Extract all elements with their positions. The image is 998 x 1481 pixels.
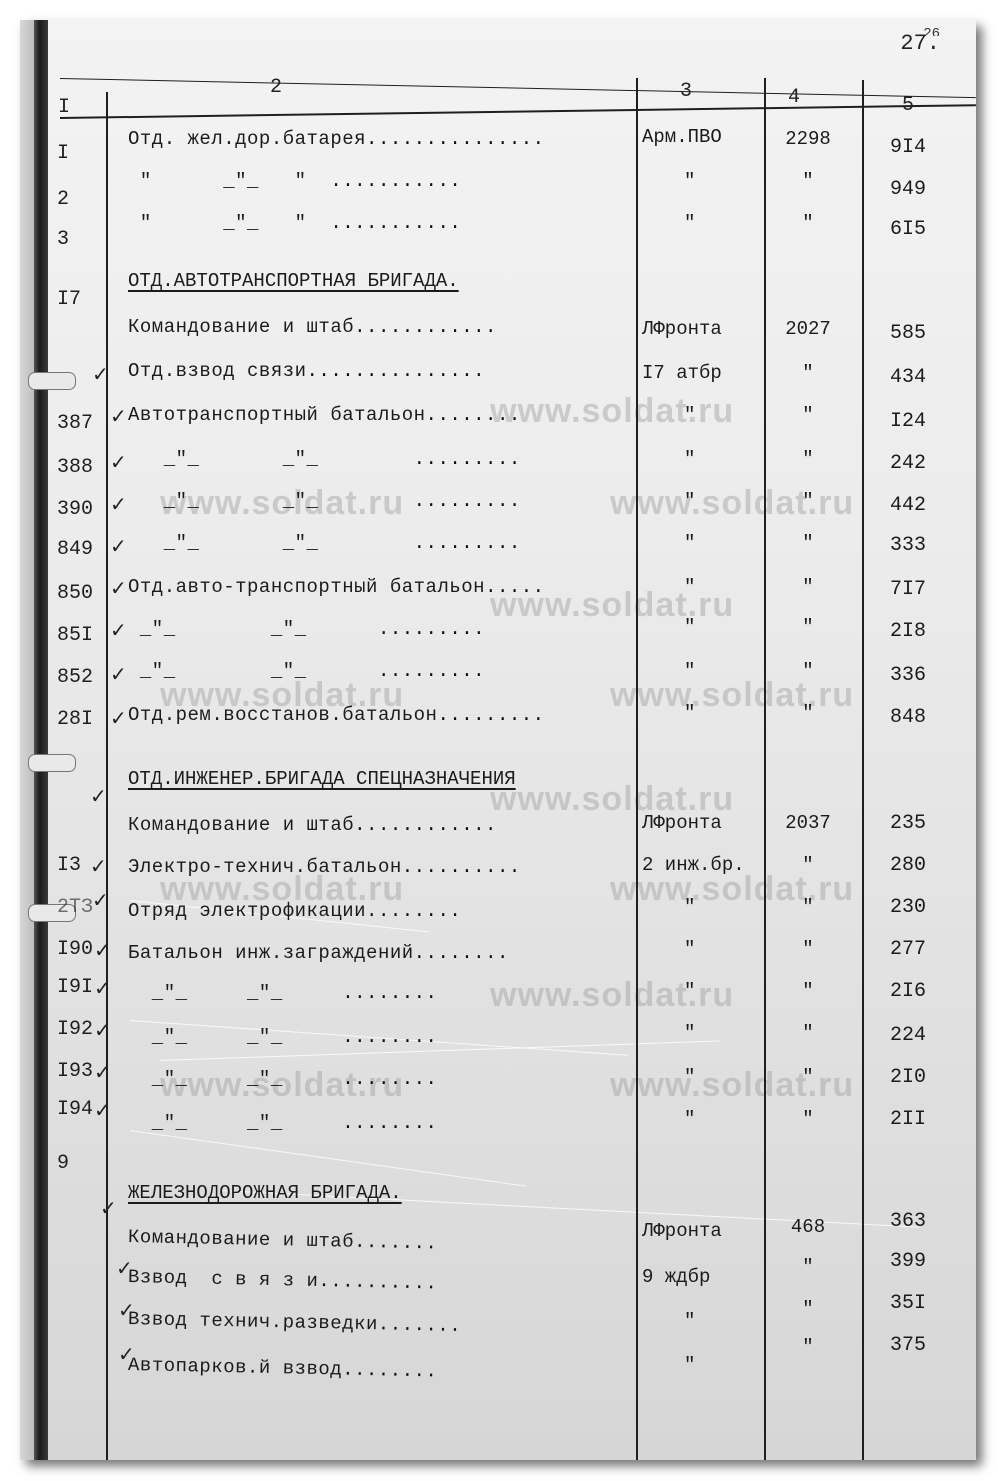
binding-string bbox=[28, 754, 76, 772]
file-number: 375 bbox=[878, 1334, 938, 1357]
column-header: 2 bbox=[270, 76, 282, 99]
check-mark-icon: ✓ bbox=[94, 1060, 111, 1084]
unit-affiliation: " bbox=[642, 170, 762, 192]
file-number: 2I0 bbox=[878, 1066, 938, 1089]
column-header: 3 bbox=[680, 80, 692, 103]
leader-dots: ......... bbox=[378, 660, 485, 682]
check-mark-icon: ✓ bbox=[110, 618, 127, 642]
file-number: 280 bbox=[878, 854, 938, 877]
page-edge bbox=[20, 20, 34, 1460]
row-description: " _"_ " ........... bbox=[128, 170, 623, 192]
document-page: www.soldat.ru www.soldat.ru www.soldat.r… bbox=[20, 20, 976, 1460]
leader-dots: ........ bbox=[414, 942, 509, 964]
row-description: Батальон инж.заграждений........ bbox=[128, 942, 623, 964]
reference-number: " bbox=[768, 616, 848, 638]
file-number: 242 bbox=[878, 452, 938, 475]
row-description: _"_ _"_ ......... bbox=[128, 490, 623, 512]
check-mark-icon: ✓ bbox=[90, 784, 107, 808]
row-description: Автопарков.й взвод........ bbox=[128, 1354, 623, 1386]
section-heading: ЖЕЛЕЗНОДОРОЖНАЯ БРИГАДА. bbox=[128, 1182, 402, 1204]
description-text: _"_ _"_ bbox=[128, 1026, 342, 1048]
row-number: 850 bbox=[57, 582, 117, 605]
description-text: Командование и штаб bbox=[128, 316, 354, 338]
description-text: Отд.рем.восстанов.батальон bbox=[128, 704, 437, 726]
reference-number: " bbox=[768, 1066, 848, 1088]
reference-number: " bbox=[768, 1256, 848, 1278]
unit-affiliation: " bbox=[642, 896, 762, 918]
leader-dots: ........ bbox=[342, 982, 437, 1004]
check-mark-icon: ✓ bbox=[90, 854, 107, 878]
description-text: " _"_ " bbox=[128, 212, 307, 234]
section-heading: ОТД.ИНЖЕНЕР.БРИГАДА СПЕЦНАЗНАЧЕНИЯ bbox=[128, 768, 516, 790]
unit-affiliation: 9 ждбр bbox=[642, 1266, 762, 1288]
reference-number: 2027 bbox=[768, 318, 848, 340]
leader-dots: ........ bbox=[342, 1068, 437, 1090]
description-text: _"_ _"_ bbox=[128, 532, 390, 554]
reference-number: " bbox=[768, 1108, 848, 1130]
description-text: Электро-технич.батальон bbox=[128, 856, 402, 878]
leader-dots: ............... bbox=[366, 128, 545, 150]
row-description: Командование и штаб............ bbox=[128, 316, 623, 338]
reference-number: " bbox=[768, 576, 848, 598]
file-number: 848 bbox=[878, 706, 938, 729]
row-description: Взвод технич.разведки....... bbox=[128, 1308, 623, 1340]
reference-number: " bbox=[768, 212, 848, 234]
leader-dots: ........... bbox=[307, 170, 462, 192]
description-text: Командование и штаб bbox=[128, 1226, 355, 1253]
file-number: 336 bbox=[878, 664, 938, 687]
file-number: 2I8 bbox=[878, 620, 938, 643]
unit-affiliation: " bbox=[642, 576, 762, 598]
unit-affiliation: " bbox=[642, 448, 762, 470]
description-text: Отд.взвод связи bbox=[128, 360, 307, 382]
leader-dots: .......... bbox=[318, 1270, 437, 1294]
reference-number: 2298 bbox=[768, 128, 848, 150]
description-text: _"_ _"_ bbox=[128, 490, 390, 512]
reference-number: " bbox=[768, 1298, 848, 1320]
row-description: Отряд электрофикации........ bbox=[128, 900, 623, 922]
row-description: Отд.рем.восстанов.батальон......... bbox=[128, 704, 623, 726]
check-mark-icon: ✓ bbox=[94, 1018, 111, 1042]
row-number: 387 bbox=[57, 412, 117, 435]
reference-number: " bbox=[768, 854, 848, 876]
leader-dots: ......... bbox=[378, 618, 485, 640]
description-text: Отд. жел.дор.батарея bbox=[128, 128, 366, 150]
reference-number: " bbox=[768, 404, 848, 426]
unit-affiliation: 2 инж.бр. bbox=[642, 854, 762, 876]
reference-number: " bbox=[768, 896, 848, 918]
check-mark-icon: ✓ bbox=[94, 938, 111, 962]
unit-affiliation: " bbox=[642, 404, 762, 426]
file-number: 230 bbox=[878, 896, 938, 919]
row-description: _"_ _"_ ......... bbox=[128, 448, 623, 470]
leader-dots: ......... bbox=[390, 490, 521, 512]
file-number: 7I7 bbox=[878, 578, 938, 601]
description-text: Автотранспортный батальон bbox=[128, 404, 426, 426]
description-text: Взвод технич.разведки bbox=[128, 1308, 378, 1335]
reference-number: " bbox=[768, 660, 848, 682]
row-description: _"_ _"_ ......... bbox=[128, 532, 623, 554]
check-mark-icon: ✓ bbox=[94, 976, 111, 1000]
unit-affiliation: ЛФронта bbox=[642, 318, 762, 340]
row-number: 852 bbox=[57, 666, 117, 689]
row-description: Электро-технич.батальон.......... bbox=[128, 856, 623, 878]
check-mark-icon: ✓ bbox=[110, 706, 127, 730]
file-number: 2II bbox=[878, 1108, 938, 1131]
check-mark-icon: ✓ bbox=[94, 1098, 111, 1122]
unit-affiliation: " bbox=[642, 1108, 762, 1130]
row-description: Командование и штаб....... bbox=[128, 1226, 623, 1258]
reference-number: " bbox=[768, 490, 848, 512]
description-text: Отд.авто-транспортный батальон bbox=[128, 576, 485, 598]
unit-affiliation: I7 атбр bbox=[642, 362, 762, 384]
leader-dots: ........... bbox=[307, 212, 462, 234]
file-number: 35I bbox=[878, 1292, 938, 1315]
reference-number: " bbox=[768, 1022, 848, 1044]
file-number: 333 bbox=[878, 534, 938, 557]
unit-affiliation: " bbox=[642, 1066, 762, 1088]
binding-string bbox=[28, 372, 76, 390]
check-mark-icon: ✓ bbox=[100, 1196, 117, 1220]
description-text: _"_ _"_ bbox=[128, 660, 378, 682]
file-number: 9I4 bbox=[878, 136, 938, 159]
unit-affiliation: " bbox=[642, 212, 762, 234]
description-text: Командование и штаб bbox=[128, 814, 354, 836]
check-mark-icon: ✓ bbox=[92, 362, 109, 386]
header-bottom-line bbox=[60, 104, 976, 119]
row-number: 2 bbox=[57, 188, 117, 211]
description-text: " _"_ " bbox=[128, 170, 307, 192]
row-number: 9 bbox=[57, 1152, 117, 1175]
row-number: I7 bbox=[57, 288, 117, 311]
row-number: 3 bbox=[57, 228, 117, 251]
column-divider bbox=[764, 78, 766, 1460]
leader-dots: ....... bbox=[354, 1231, 438, 1255]
leader-dots: ........ bbox=[366, 900, 461, 922]
page-number: 26 27. bbox=[900, 26, 940, 52]
unit-affiliation: " bbox=[642, 532, 762, 554]
unit-affiliation: " bbox=[642, 702, 762, 724]
leader-dots: ......... bbox=[390, 532, 521, 554]
check-mark-icon: ✓ bbox=[110, 662, 127, 686]
row-description: Отд. жел.дор.батарея............... bbox=[128, 128, 623, 150]
description-text: Батальон инж.заграждений bbox=[128, 942, 414, 964]
file-number: 224 bbox=[878, 1024, 938, 1047]
row-description: Отд.взвод связи............... bbox=[128, 360, 623, 382]
reference-number: 2037 bbox=[768, 812, 848, 834]
row-description: Взвод с в я з и.......... bbox=[128, 1266, 623, 1298]
description-text: _"_ _"_ bbox=[128, 1068, 342, 1090]
description-text: Отряд электрофикации bbox=[128, 900, 366, 922]
leader-dots: ............ bbox=[354, 814, 497, 836]
unit-affiliation: ЛФронта bbox=[642, 812, 762, 834]
description-text: _"_ _"_ bbox=[128, 448, 390, 470]
unit-affiliation: ЛФронта bbox=[642, 1220, 762, 1242]
column-divider bbox=[636, 78, 638, 1460]
leader-dots: ........ bbox=[342, 1112, 437, 1134]
reference-number: " bbox=[768, 702, 848, 724]
row-number: I bbox=[57, 142, 117, 165]
reference-number: " bbox=[768, 1336, 848, 1358]
row-description: _"_ _"_ ........ bbox=[128, 1026, 623, 1048]
row-description: _"_ _"_ ......... bbox=[128, 660, 623, 682]
file-number: 363 bbox=[878, 1210, 938, 1233]
reference-number: " bbox=[768, 938, 848, 960]
reference-number: " bbox=[768, 170, 848, 192]
row-description: _"_ _"_ ......... bbox=[128, 618, 623, 640]
file-number: 434 bbox=[878, 366, 938, 389]
paper-crease bbox=[130, 1130, 526, 1187]
leader-dots: ......... bbox=[390, 448, 521, 470]
section-heading: ОТД.АВТОТРАНСПОРТНАЯ БРИГАДА. bbox=[128, 270, 459, 292]
leader-dots: ......... bbox=[437, 704, 544, 726]
row-description: Командование и штаб............ bbox=[128, 814, 623, 836]
leader-dots: .......... bbox=[402, 856, 521, 878]
file-number: 442 bbox=[878, 494, 938, 517]
row-number: 849 bbox=[57, 538, 117, 561]
leader-dots: ............... bbox=[307, 360, 486, 382]
page-number-current: 27. bbox=[900, 31, 940, 56]
row-number: 390 bbox=[57, 498, 117, 521]
file-number: 277 bbox=[878, 938, 938, 961]
file-number: 2I6 bbox=[878, 980, 938, 1003]
unit-affiliation: " bbox=[642, 980, 762, 1002]
unit-affiliation: " bbox=[642, 1354, 762, 1376]
description-text: _"_ _"_ bbox=[128, 618, 378, 640]
row-description: Автотранспортный батальон........ bbox=[128, 404, 623, 426]
column-header: I bbox=[58, 96, 70, 119]
row-description: _"_ _"_ ........ bbox=[128, 1068, 623, 1090]
row-description: " _"_ " ........... bbox=[128, 212, 623, 234]
file-number: 399 bbox=[878, 1250, 938, 1273]
row-number: I3 bbox=[57, 854, 117, 877]
leader-dots: ............ bbox=[354, 316, 497, 338]
unit-affiliation: " bbox=[642, 490, 762, 512]
unit-affiliation: " bbox=[642, 938, 762, 960]
row-description: _"_ _"_ ........ bbox=[128, 982, 623, 1004]
description-text: _"_ _"_ bbox=[128, 982, 342, 1004]
reference-number: " bbox=[768, 980, 848, 1002]
check-mark-icon: ✓ bbox=[92, 888, 109, 912]
file-number: I24 bbox=[878, 410, 938, 433]
leader-dots: ....... bbox=[378, 1313, 462, 1337]
row-number: 388 bbox=[57, 456, 117, 479]
leader-dots: ........ bbox=[342, 1026, 437, 1048]
reference-number: " bbox=[768, 448, 848, 470]
reference-number: " bbox=[768, 362, 848, 384]
file-number: 949 bbox=[878, 178, 938, 201]
check-mark-icon: ✓ bbox=[110, 492, 127, 516]
unit-affiliation: " bbox=[642, 616, 762, 638]
column-header: 4 bbox=[788, 86, 800, 109]
column-header: 5 bbox=[902, 94, 914, 117]
file-number: 6I5 bbox=[878, 218, 938, 241]
binding-spine bbox=[34, 20, 48, 1460]
reference-number: 468 bbox=[768, 1216, 848, 1238]
description-text: Автопарков.й взвод bbox=[128, 1354, 343, 1380]
leader-dots: ..... bbox=[485, 576, 545, 598]
check-mark-icon: ✓ bbox=[110, 576, 127, 600]
column-divider bbox=[862, 80, 864, 1460]
leader-dots: ........ bbox=[342, 1358, 438, 1382]
check-mark-icon: ✓ bbox=[110, 534, 127, 558]
row-description: Отд.авто-транспортный батальон..... bbox=[128, 576, 623, 598]
reference-number: " bbox=[768, 532, 848, 554]
header-top-line bbox=[60, 78, 976, 98]
unit-affiliation: " bbox=[642, 1022, 762, 1044]
leader-dots: ........ bbox=[426, 404, 521, 426]
description-text: _"_ _"_ bbox=[128, 1112, 342, 1134]
unit-affiliation: " bbox=[642, 1310, 762, 1332]
description-text: Взвод с в я з и bbox=[128, 1266, 319, 1292]
file-number: 235 bbox=[878, 812, 938, 835]
unit-affiliation: Арм.ПВО bbox=[642, 126, 762, 148]
row-number: 85I bbox=[57, 624, 117, 647]
check-mark-icon: ✓ bbox=[110, 404, 127, 428]
unit-affiliation: " bbox=[642, 660, 762, 682]
row-description: _"_ _"_ ........ bbox=[128, 1112, 623, 1134]
row-number: 28I bbox=[57, 708, 117, 731]
file-number: 585 bbox=[878, 322, 938, 345]
check-mark-icon: ✓ bbox=[110, 450, 127, 474]
